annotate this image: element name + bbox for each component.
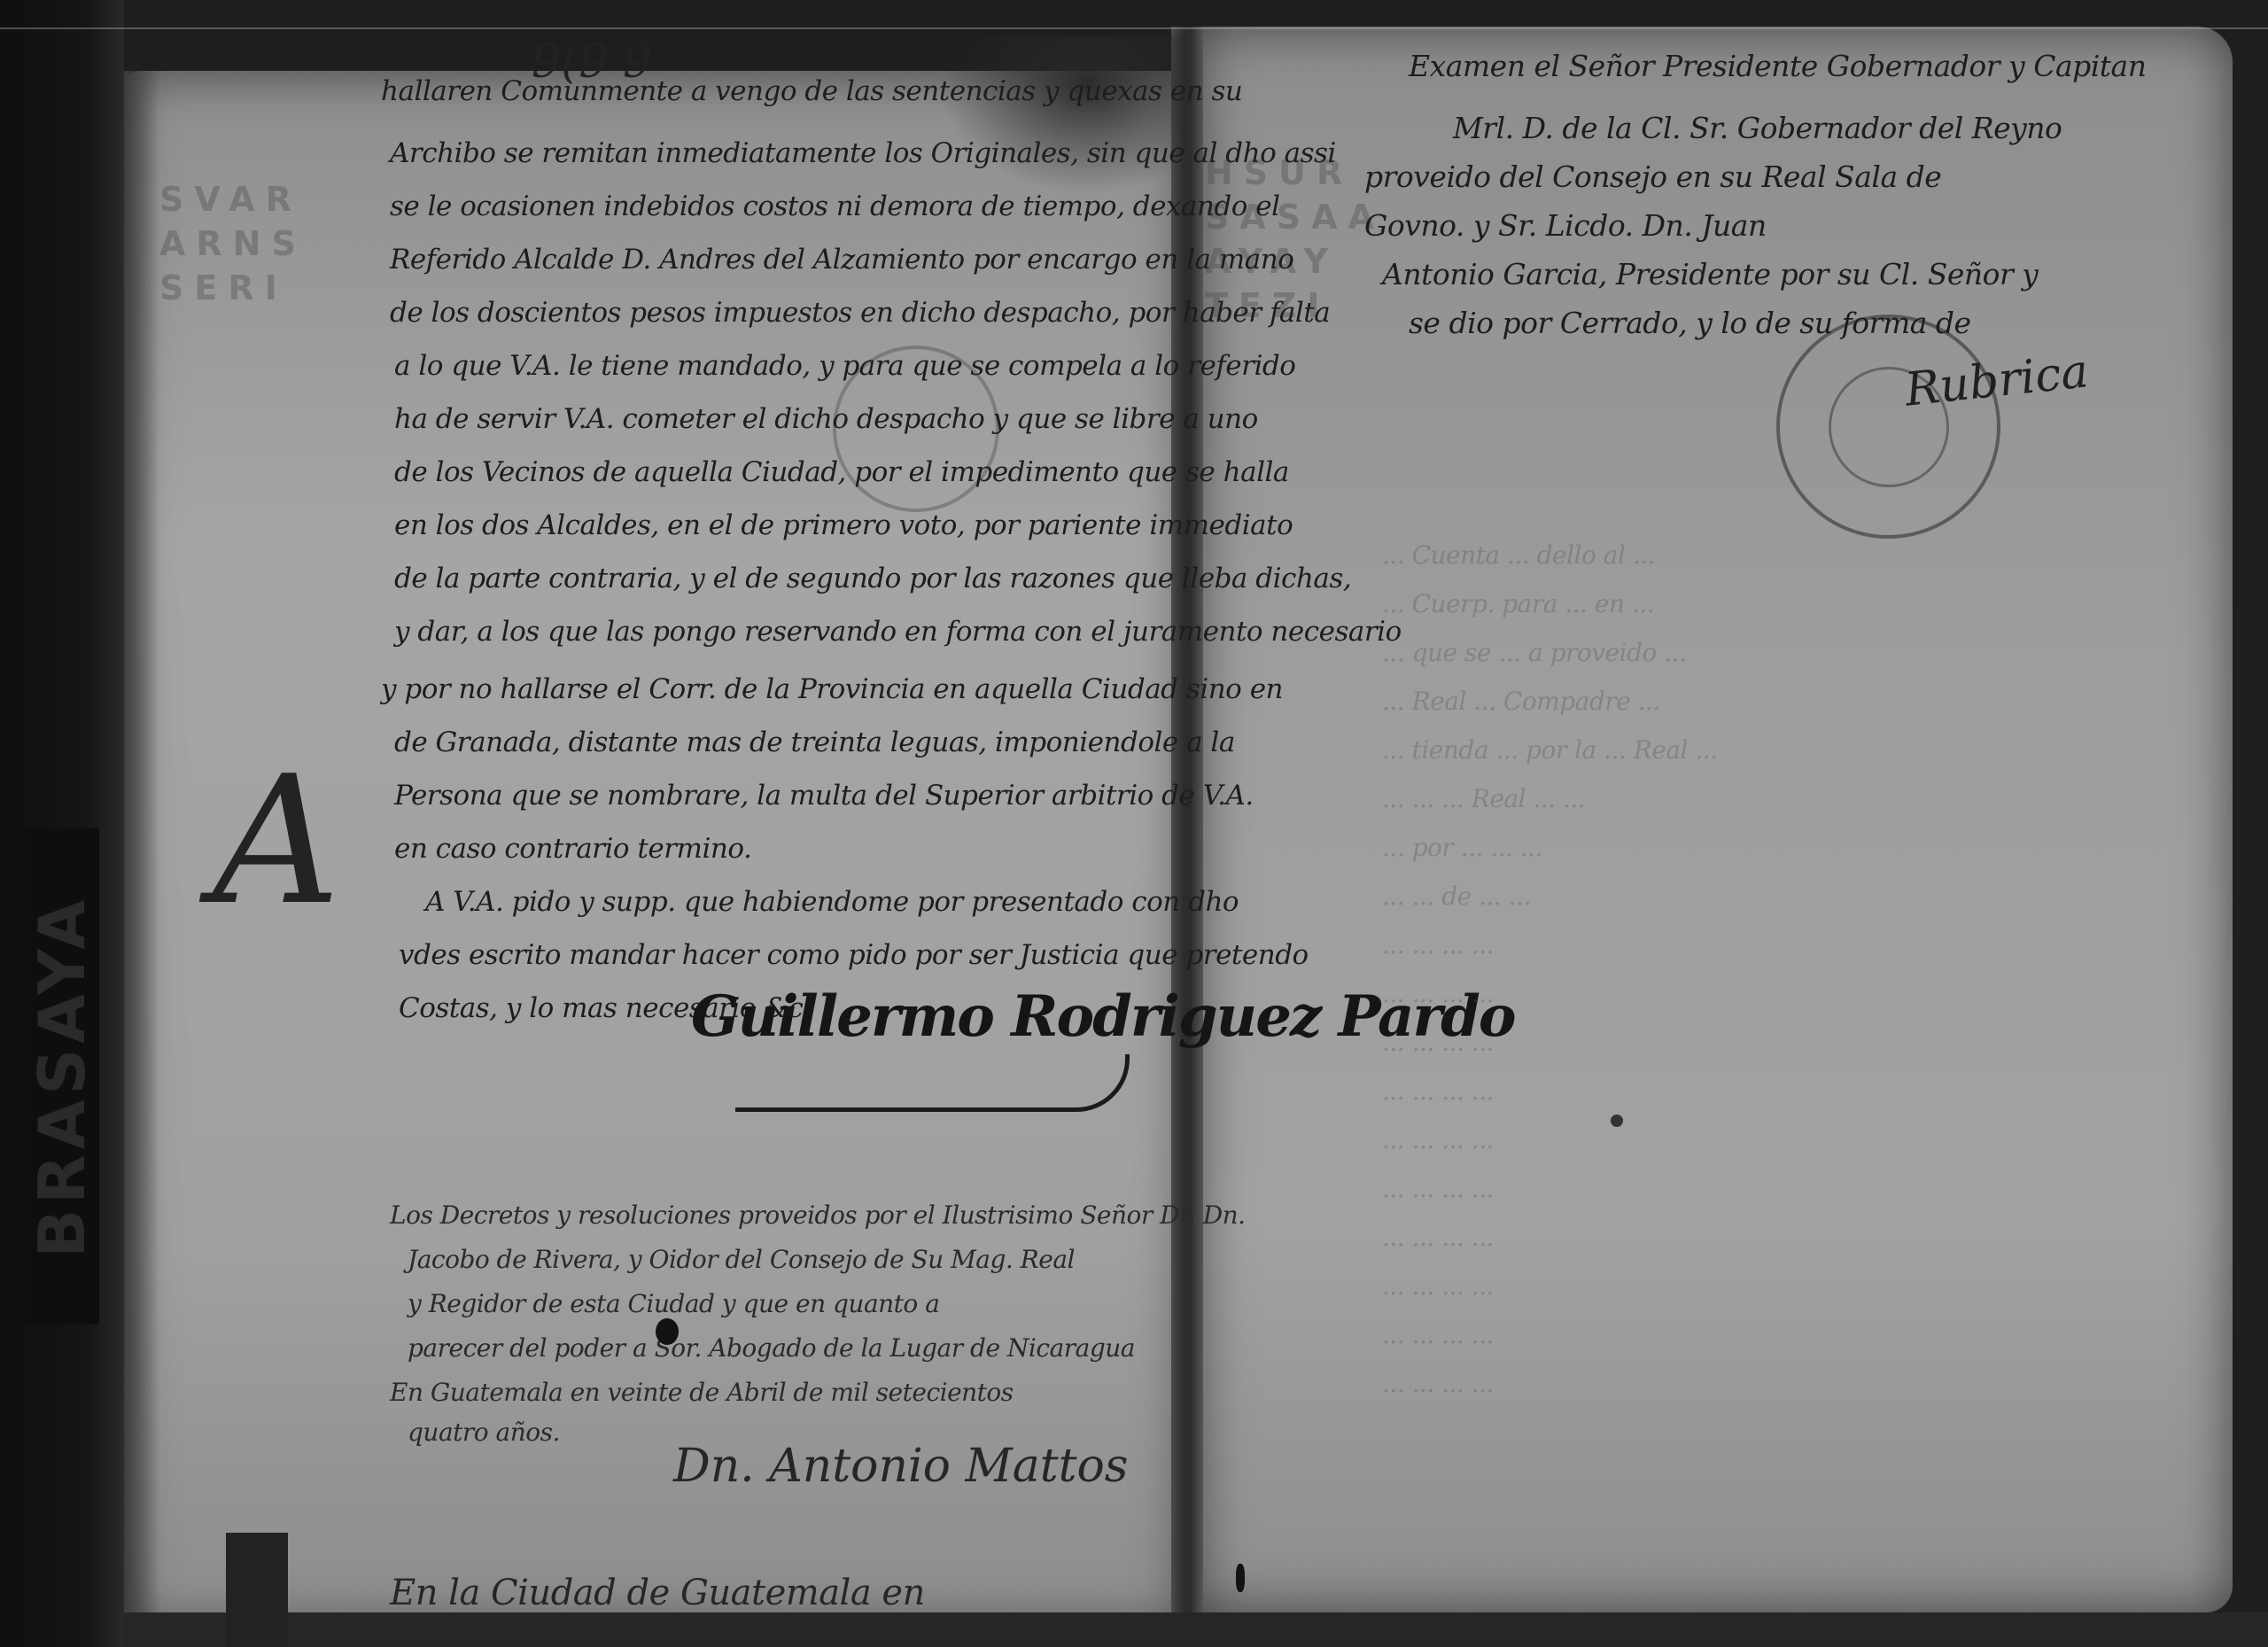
decree-line: parecer del poder a Sor. Abogado de la L… — [408, 1333, 1135, 1363]
bleed-through-line: ... ... ... ... — [1382, 979, 1494, 1008]
manuscript-line: y por no hallarse el Corr. de la Provinc… — [381, 673, 1283, 705]
manuscript-line: de Granada, distante mas de treinta legu… — [394, 726, 1235, 758]
manuscript-line: ha de servir V.A. cometer el dicho despa… — [394, 403, 1258, 435]
manuscript-line: en los dos Alcaldes, en el de primero vo… — [394, 509, 1293, 541]
manuscript-line: Antonio Garcia, Presidente por su Cl. Se… — [1382, 257, 2038, 291]
manuscript-line: de la parte contraria, y el de segundo p… — [394, 563, 1351, 594]
manuscript-line: Persona que se nombrare, la multa del Su… — [394, 780, 1254, 812]
manuscript-line: Mrl. D. de la Cl. Sr. Gobernador del Rey… — [1453, 111, 2062, 145]
scan-artifact-line — [0, 27, 2268, 29]
bleed-through-line: ... que se ... a proveido ... — [1382, 638, 1686, 667]
bleed-through-line: ... ... ... ... — [1382, 1223, 1494, 1252]
closing-line: En la Ciudad de Guatemala en — [390, 1573, 925, 1613]
decree-line: Jacobo de Rivera, y Oidor del Consejo de… — [408, 1245, 1075, 1274]
seal-stamp — [1776, 315, 2000, 539]
manuscript-line: Referido Alcalde D. Andres del Alzamient… — [390, 244, 1293, 276]
ink-spot — [1611, 1115, 1623, 1127]
binder-strip: BRASAYA — [0, 0, 124, 1647]
manuscript-line: se le ocasionen indebidos costos ni demo… — [390, 190, 1280, 222]
decree-line: y Regidor de esta Ciudad y que en quanto… — [408, 1289, 939, 1318]
signature-official: Dn. Antonio Mattos — [673, 1440, 1128, 1493]
manuscript-line: en caso contrario termino. — [394, 833, 751, 865]
bleed-through-line: ... tienda ... por la ... Real ... — [1382, 735, 1718, 765]
clip-shadow — [226, 1533, 288, 1647]
left-page-edge-shadow — [124, 71, 159, 1630]
decorated-initial: A — [213, 753, 340, 930]
decree-line: quatro años. — [408, 1418, 560, 1447]
bleed-through-line: ... ... de ... ... — [1382, 882, 1531, 911]
manuscript-line: de los doscientos pesos impuestos en dic… — [390, 297, 1330, 329]
bleed-through-line: ... Cuenta ... dello al ... — [1382, 540, 1655, 570]
signature-flourish — [735, 1054, 1130, 1112]
manuscript-line: hallaren Comunmente a vengo de las sente… — [381, 75, 1242, 107]
bleed-through-line: ... ... ... ... — [1382, 1125, 1494, 1154]
ink-mark — [1236, 1564, 1245, 1592]
manuscript-line: vdes escrito mandar hacer como pido por … — [399, 939, 1309, 971]
bleed-through-line: ... Real ... Compadre ... — [1382, 687, 1660, 716]
bleed-through-line: ... Cuerp. para ... en ... — [1382, 589, 1654, 618]
manuscript-line: a lo que V.A. le tiene mandado, y para q… — [394, 350, 1295, 382]
scanner-bottom-edge — [124, 1612, 2268, 1647]
manuscript-line: y dar, a los que las pongo reservando en… — [394, 616, 1402, 648]
bleed-through-line: ... ... ... ... — [1382, 1320, 1494, 1349]
manuscript-line: de los Vecinos de aquella Ciudad, por el… — [394, 456, 1289, 488]
page-stain — [939, 35, 1187, 195]
bleed-through-stamp-left: SVAR ARNS SERI — [159, 177, 307, 310]
manuscript-line: se dio por Cerrado, y lo de su forma de — [1409, 306, 1971, 340]
bleed-through-line: ... ... ... ... — [1382, 1271, 1494, 1301]
ink-blot — [656, 1318, 679, 1345]
bleed-through-line: ... por ... ... ... — [1382, 833, 1542, 862]
manuscript-line: Examen el Señor Presidente Gobernador y … — [1409, 49, 2147, 83]
spine-label-text: BRASAYA — [25, 895, 99, 1258]
spine-label: BRASAYA — [25, 828, 99, 1325]
bleed-through-line: ... ... ... ... — [1382, 1369, 1494, 1398]
manuscript-line: Govno. y Sr. Licdo. Dn. Juan — [1364, 208, 1767, 243]
manuscript-line: proveido del Consejo en su Real Sala de — [1364, 159, 1941, 194]
bleed-through-line: ... ... ... ... — [1382, 930, 1494, 959]
bleed-through-line: ... ... ... ... — [1382, 1028, 1494, 1057]
manuscript-line: A V.A. pido y supp. que habiendome por p… — [425, 886, 1239, 918]
bleed-through-line: ... ... ... ... — [1382, 1174, 1494, 1203]
manuscript-line: Archibo se remitan inmediatamente los Or… — [390, 137, 1336, 169]
decree-line: Los Decretos y resoluciones proveidos po… — [390, 1200, 1246, 1230]
decree-line: En Guatemala en veinte de Abril de mil s… — [390, 1378, 1014, 1407]
bleed-through-line: ... ... ... Real ... ... — [1382, 784, 1585, 813]
bleed-through-line: ... ... ... ... — [1382, 1076, 1494, 1106]
